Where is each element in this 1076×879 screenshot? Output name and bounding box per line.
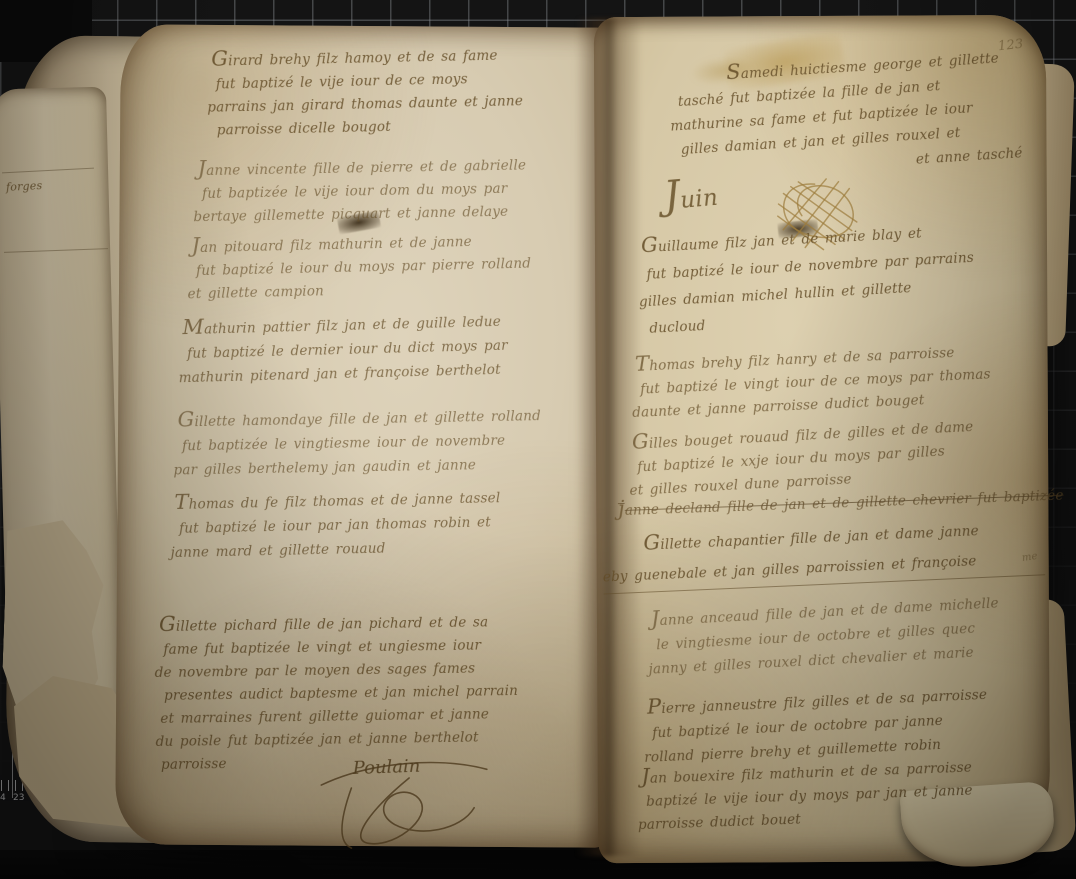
baptism-entry: Girard brehy filz hamoy et de sa famefut… <box>211 40 561 142</box>
signature-name: Poulain <box>352 756 420 779</box>
baptism-entry: Guillaume filz jan et de marie blay etfu… <box>640 212 1033 343</box>
baptism-entry: Gillette hamondaye fille de jan et gille… <box>177 401 570 483</box>
baptism-entry: Thomas du fe filz thomas et de janne tas… <box>174 482 557 565</box>
baptism-entry: Jan bouexire filz mathurin et de sa parr… <box>641 751 1049 837</box>
baptism-entry: Jan pitouard filz mathurin et de jannefu… <box>191 226 569 307</box>
month-heading: Juin <box>662 170 719 219</box>
manuscript-photograph: 9 4 23 forges Girard brehy filz hamoy et… <box>0 0 1076 879</box>
baptism-entry: Samedi huictiesme george et gillettetasc… <box>672 41 1051 186</box>
margin-note-forges: forges <box>6 179 43 194</box>
baptism-entry: Janne vincente fille de pierre et de gab… <box>197 151 560 229</box>
ruler-label: 4 <box>0 793 6 803</box>
baptism-entry: Mathurin pattier filz jan et de guille l… <box>182 305 576 390</box>
priest-signature-block: Poulain <box>290 748 529 860</box>
ruler-label: 23 <box>13 793 24 803</box>
margin-note-right: me <box>1021 551 1038 564</box>
